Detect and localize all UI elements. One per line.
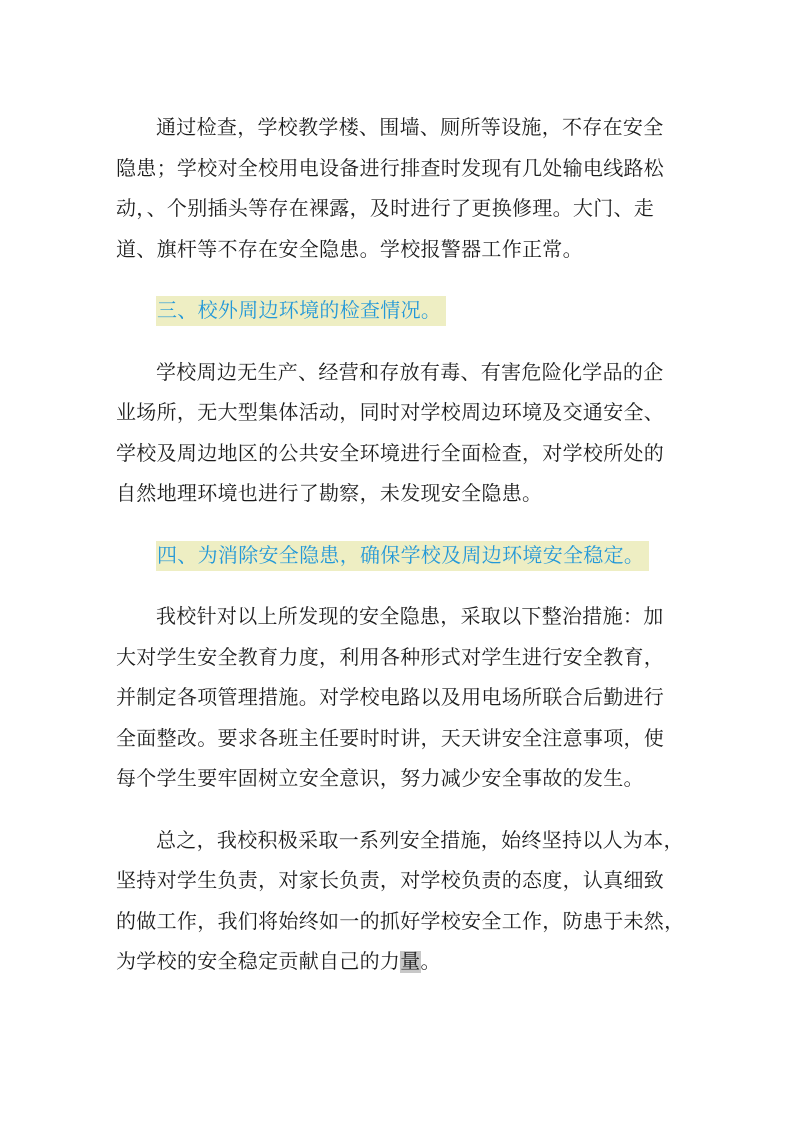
paragraph-remediation-measures: 我校针对以上所发现的安全隐患，采取以下整治措施：加 大对学生安全教育力度，利用各… — [116, 597, 677, 800]
section-heading-3-highlighted-text: 三、校外周边环境的检查情况。 — [156, 296, 446, 326]
section-heading-3: 三、校外周边环境的检查情况。 — [156, 291, 677, 332]
paragraph-surrounding-environment: 学校周边无生产、经营和存放有毒、有害危险化学品的企 业场所，无大型集体活动，同时… — [116, 353, 677, 515]
conclusion-text-after-selection: 。 — [421, 951, 441, 973]
document-page: 通过检查，学校教学楼、围墙、厕所等设施，不存在安全 隐患；学校对全校用电设备进行… — [0, 0, 793, 1122]
paragraph-inspection-results: 通过检查，学校教学楼、围墙、厕所等设施，不存在安全 隐患；学校对全校用电设备进行… — [116, 108, 677, 270]
paragraph-conclusion: 总之，我校积极采取一系列安全措施，始终坚持以人为本， 坚持对学生负责，对家长负责… — [116, 821, 677, 983]
section-heading-4: 四、为消除安全隐患，确保学校及周边环境安全稳定。 — [156, 536, 677, 577]
selected-character: 量 — [400, 951, 420, 973]
section-heading-4-highlighted-text: 四、为消除安全隐患，确保学校及周边环境安全稳定。 — [156, 541, 649, 571]
